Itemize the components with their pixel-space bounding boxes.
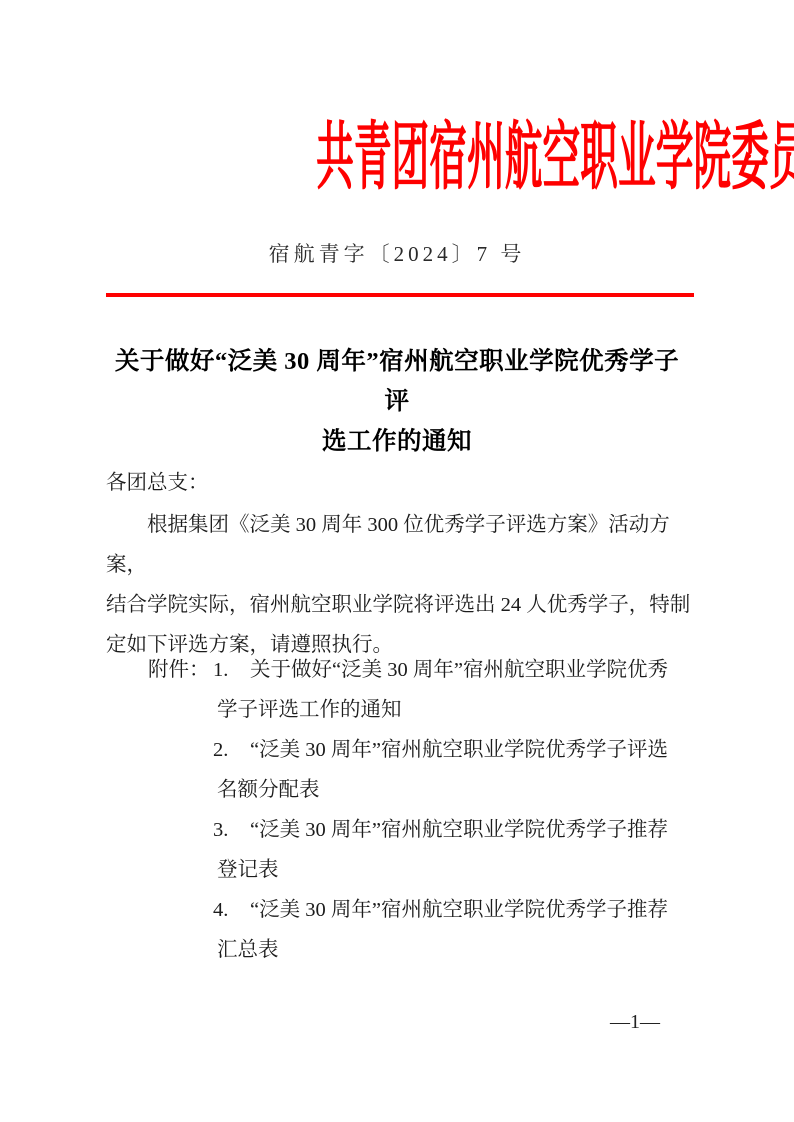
paragraph-line: 根据集团《泛美 30 周年 300 位优秀学子评选方案》活动方案， [106, 505, 698, 585]
org-title: 共青团宿州航空职业学院委员会文件 [316, 118, 794, 196]
document-page: 共青团宿州航空职业学院委员会文件 宿航青字〔2024〕7 号 关于做好“泛美 3… [0, 0, 794, 1122]
attachment-item-text: “泛美 30 周年”宿州航空职业学院优秀学子推荐 [250, 819, 668, 841]
attachment-item: 2.“泛美 30 周年”宿州航空职业学院优秀学子评选 名额分配表 [213, 730, 698, 810]
salutation: 各团总支： [106, 463, 209, 503]
document-header-banner: 共青团宿州航空职业学院委员会文件 [0, 118, 794, 196]
document-title: 关于做好“泛美 30 周年”宿州航空职业学院优秀学子评 选工作的通知 [103, 342, 691, 462]
attachments-section: 附件： 1.关于做好“泛美 30 周年”宿州航空职业学院优秀 学子评选工作的通知… [106, 650, 698, 970]
attachment-item-line-1: 2.“泛美 30 周年”宿州航空职业学院优秀学子评选 [213, 730, 698, 770]
body-paragraph: 根据集团《泛美 30 周年 300 位优秀学子评选方案》活动方案，结合学院实际，… [106, 505, 698, 665]
attachment-item-number: 3. [213, 810, 250, 850]
page-number: —1— [555, 1011, 715, 1033]
header-divider-rule [106, 293, 694, 297]
attachment-item-text: 关于做好“泛美 30 周年”宿州航空职业学院优秀 [250, 659, 668, 681]
attachment-item: 3.“泛美 30 周年”宿州航空职业学院优秀学子推荐 登记表 [213, 810, 698, 890]
attachment-item-number: 4. [213, 890, 250, 930]
attachments-label: 附件： [148, 650, 210, 690]
attachment-items: 1.关于做好“泛美 30 周年”宿州航空职业学院优秀 学子评选工作的通知 2.“… [213, 650, 698, 970]
attachment-item-line-2: 名额分配表 [213, 770, 698, 810]
attachment-item-line-1: 3.“泛美 30 周年”宿州航空职业学院优秀学子推荐 [213, 810, 698, 850]
attachment-item-line-1: 4.“泛美 30 周年”宿州航空职业学院优秀学子推荐 [213, 890, 698, 930]
attachment-item-line-1: 1.关于做好“泛美 30 周年”宿州航空职业学院优秀 [213, 650, 698, 690]
attachment-item: 4.“泛美 30 周年”宿州航空职业学院优秀学子推荐 汇总表 [213, 890, 698, 970]
attachment-item-number: 1. [213, 650, 250, 690]
document-title-line-1: 关于做好“泛美 30 周年”宿州航空职业学院优秀学子评 [103, 342, 691, 422]
paragraph-line: 结合学院实际，宿州航空职业学院将评选出 24 人优秀学子，特制 [106, 585, 698, 625]
attachment-item-number: 2. [213, 730, 250, 770]
attachment-item: 1.关于做好“泛美 30 周年”宿州航空职业学院优秀 学子评选工作的通知 [213, 650, 698, 730]
attachment-item-line-2: 登记表 [213, 850, 698, 890]
attachment-item-line-2: 学子评选工作的通知 [213, 690, 698, 730]
attachment-item-text: “泛美 30 周年”宿州航空职业学院优秀学子推荐 [250, 899, 668, 921]
attachment-item-line-2: 汇总表 [213, 930, 698, 970]
document-number: 宿航青字〔2024〕7 号 [0, 241, 794, 267]
document-title-line-2: 选工作的通知 [103, 422, 691, 462]
attachment-item-text: “泛美 30 周年”宿州航空职业学院优秀学子评选 [250, 739, 668, 761]
